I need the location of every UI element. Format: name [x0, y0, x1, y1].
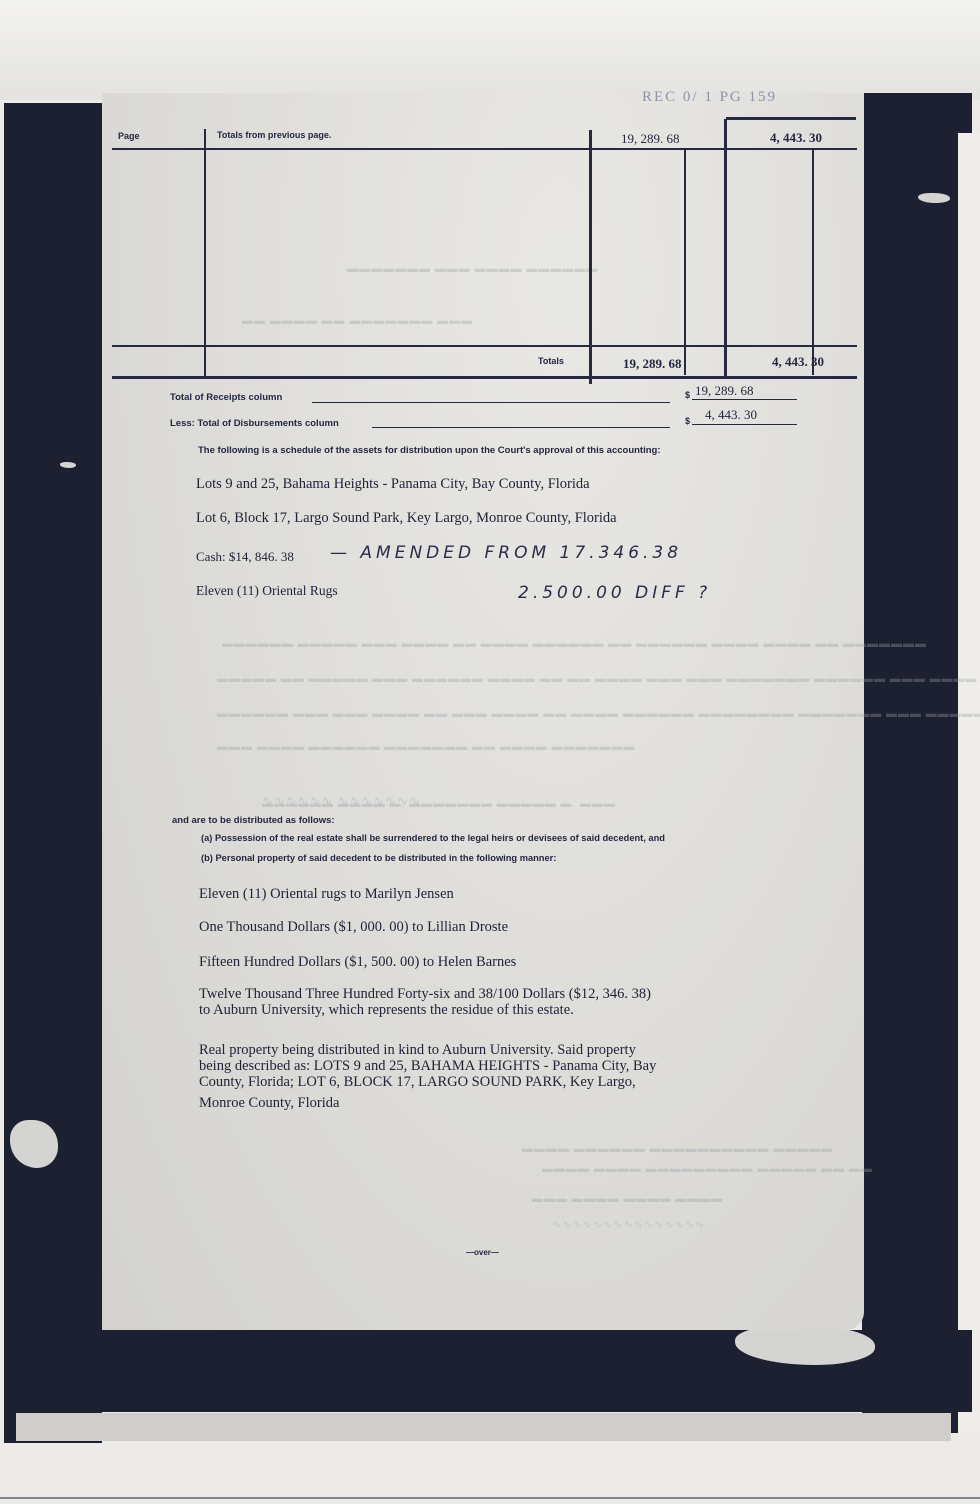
bleed-through-text: ▬▬ ▬▬▬▬ ▬▬ ▬▬▬▬▬▬▬ ▬▬▬: [242, 315, 473, 327]
value-underline: [692, 399, 797, 400]
ledger-rule: [726, 117, 856, 120]
previous-receipts-value: 19, 289. 68: [621, 131, 680, 147]
asset-item: Lot 6, Block 17, Largo Sound Park, Key L…: [196, 510, 617, 527]
real-property-line: being described as: LOTS 9 and 25, BAHAM…: [199, 1058, 656, 1075]
value-underline: [692, 424, 797, 425]
asset-item: Lots 9 and 25, Bahama Heights - Panama C…: [196, 476, 590, 493]
bleed-through-text: ▬▬▬▬ ▬▬▬▬ ▬▬▬▬▬▬▬▬▬ ▬▬▬▬▬ ▬▬ ▬▬: [542, 1163, 873, 1175]
previous-disbursements-value: 4, 443. 30: [770, 130, 822, 146]
scan-artifact-line: [0, 1497, 980, 1499]
real-property-line: County, Florida; LOT 6, BLOCK 17, LARGO …: [199, 1074, 636, 1091]
bleed-through-text: ▬▬▬▬▬▬ ▬▬▬▬▬ ▬▬▬ ▬▬▬▬ ▬▬ ▬▬▬▬ ▬▬▬▬▬▬ ▬▬ …: [222, 638, 927, 650]
scan-border-left: [4, 103, 102, 1443]
distribution-intro: and are to be distributed as follows:: [172, 815, 335, 826]
total-disbursements-label: Less: Total of Disbursements column: [170, 418, 339, 429]
ledger-rule: [112, 376, 857, 379]
bequest-item: One Thousand Dollars ($1, 000. 00) to Li…: [199, 919, 508, 936]
totals-label: Totals: [538, 356, 564, 366]
bequest-item: Fifteen Hundred Dollars ($1, 500. 00) to…: [199, 954, 516, 971]
ledger-column-divider: [204, 129, 206, 379]
scan-artifact-blotch: [60, 462, 76, 468]
bleed-through-text: ▬▬▬▬ ▬▬▬▬▬▬ ▬▬▬▬▬▬▬▬▬▬ ▬▬▬▬▬: [522, 1143, 833, 1155]
bleed-through-text: ▬▬▬ ▬▬▬▬ ▬▬▬▬ ▬▬▬▬: [532, 1193, 723, 1205]
page-footer-over: —over—: [466, 1248, 499, 1257]
residue-line: Twelve Thousand Three Hundred Forty-six …: [199, 986, 651, 1003]
currency-symbol: $: [685, 416, 690, 426]
document-page: ▬▬▬▬▬▬▬ ▬▬▬ ▬▬▬▬ ▬▬▬▬▬▬ ▬▬ ▬▬▬▬ ▬▬ ▬▬▬▬▬…: [102, 93, 864, 1330]
recording-stamp: REC 0/ 1 PG 159: [642, 89, 777, 106]
leader-line: [372, 427, 670, 428]
ledger-column-divider: [724, 119, 727, 377]
schedule-intro: The following is a schedule of the asset…: [198, 445, 661, 456]
ledger-column-divider: [684, 149, 686, 375]
asset-item-cash: Cash: $14, 846. 38: [196, 549, 294, 565]
real-property-line: Monroe County, Florida: [199, 1095, 339, 1112]
bleed-through-signature: ∿∿∿∿∿∿∿∿∿∿∿∿∿∿∿: [552, 1218, 705, 1231]
leader-line: [312, 402, 670, 403]
bleed-through-text: ▬▬▬▬▬ ▬▬ ▬▬▬▬▬ ▬▬▬ ▬▬▬▬▬▬ ▬▬▬▬ ▬▬ ▬▬ ▬▬▬…: [217, 673, 978, 685]
bleed-through-text: ▬▬▬▬▬▬ ▬▬▬ ▬▬▬ ▬▬▬▬ ▬▬ ▬▬▬ ▬▬▬▬ ▬▬ ▬▬▬▬ …: [217, 708, 980, 720]
bleed-through-text: ▬▬▬▬▬▬ ▬▬▬▬ ▬. ▬▬▬▬▬▬▬ ▬▬▬▬▬ ▬. ▬▬▬: [262, 798, 616, 810]
page-label: Page: [118, 131, 140, 141]
scan-edge-right: [958, 133, 980, 1433]
total-disbursements-value: 4, 443. 30: [772, 354, 824, 370]
distribution-clause-b: (b) Personal property of said decedent t…: [201, 853, 556, 863]
previous-totals-label: Totals from previous page.: [217, 130, 331, 140]
total-disbursements-summary-value: 4, 443. 30: [705, 407, 757, 423]
scan-background: [0, 0, 980, 100]
real-property-line: Real property being distributed in kind …: [199, 1042, 636, 1059]
total-receipts-summary-value: 19, 289. 68: [695, 383, 754, 399]
ledger-rule: [112, 148, 857, 150]
total-receipts-label: Total of Receipts column: [170, 392, 282, 403]
currency-symbol: $: [685, 390, 690, 400]
bequest-item: Eleven (11) Oriental rugs to Marilyn Jen…: [199, 886, 454, 903]
distribution-clause-a: (a) Possession of the real estate shall …: [201, 833, 665, 843]
total-receipts-value: 19, 289. 68: [623, 356, 682, 372]
asset-item: Eleven (11) Oriental Rugs: [196, 583, 338, 599]
ledger-rule: [112, 345, 857, 347]
bleed-through-text: ▬▬▬ ▬▬▬▬ ▬▬▬▬▬▬ ▬▬▬▬▬▬▬ ▬▬ ▬▬▬▬ ▬▬▬▬▬▬▬: [217, 741, 636, 753]
ledger-column-divider: [812, 149, 814, 375]
bleed-through-text: ▬▬▬▬▬▬▬ ▬▬▬ ▬▬▬▬ ▬▬▬▬▬▬: [347, 263, 598, 275]
scan-border-right: [862, 93, 972, 1433]
residue-line: to Auburn University, which represents t…: [199, 1002, 574, 1019]
handwritten-amendment-note: — AMENDED FROM 17.346.38: [330, 543, 682, 563]
handwritten-difference-note: 2.500.00 DIFF ?: [518, 583, 711, 603]
scan-edge-bottom: [16, 1413, 951, 1441]
